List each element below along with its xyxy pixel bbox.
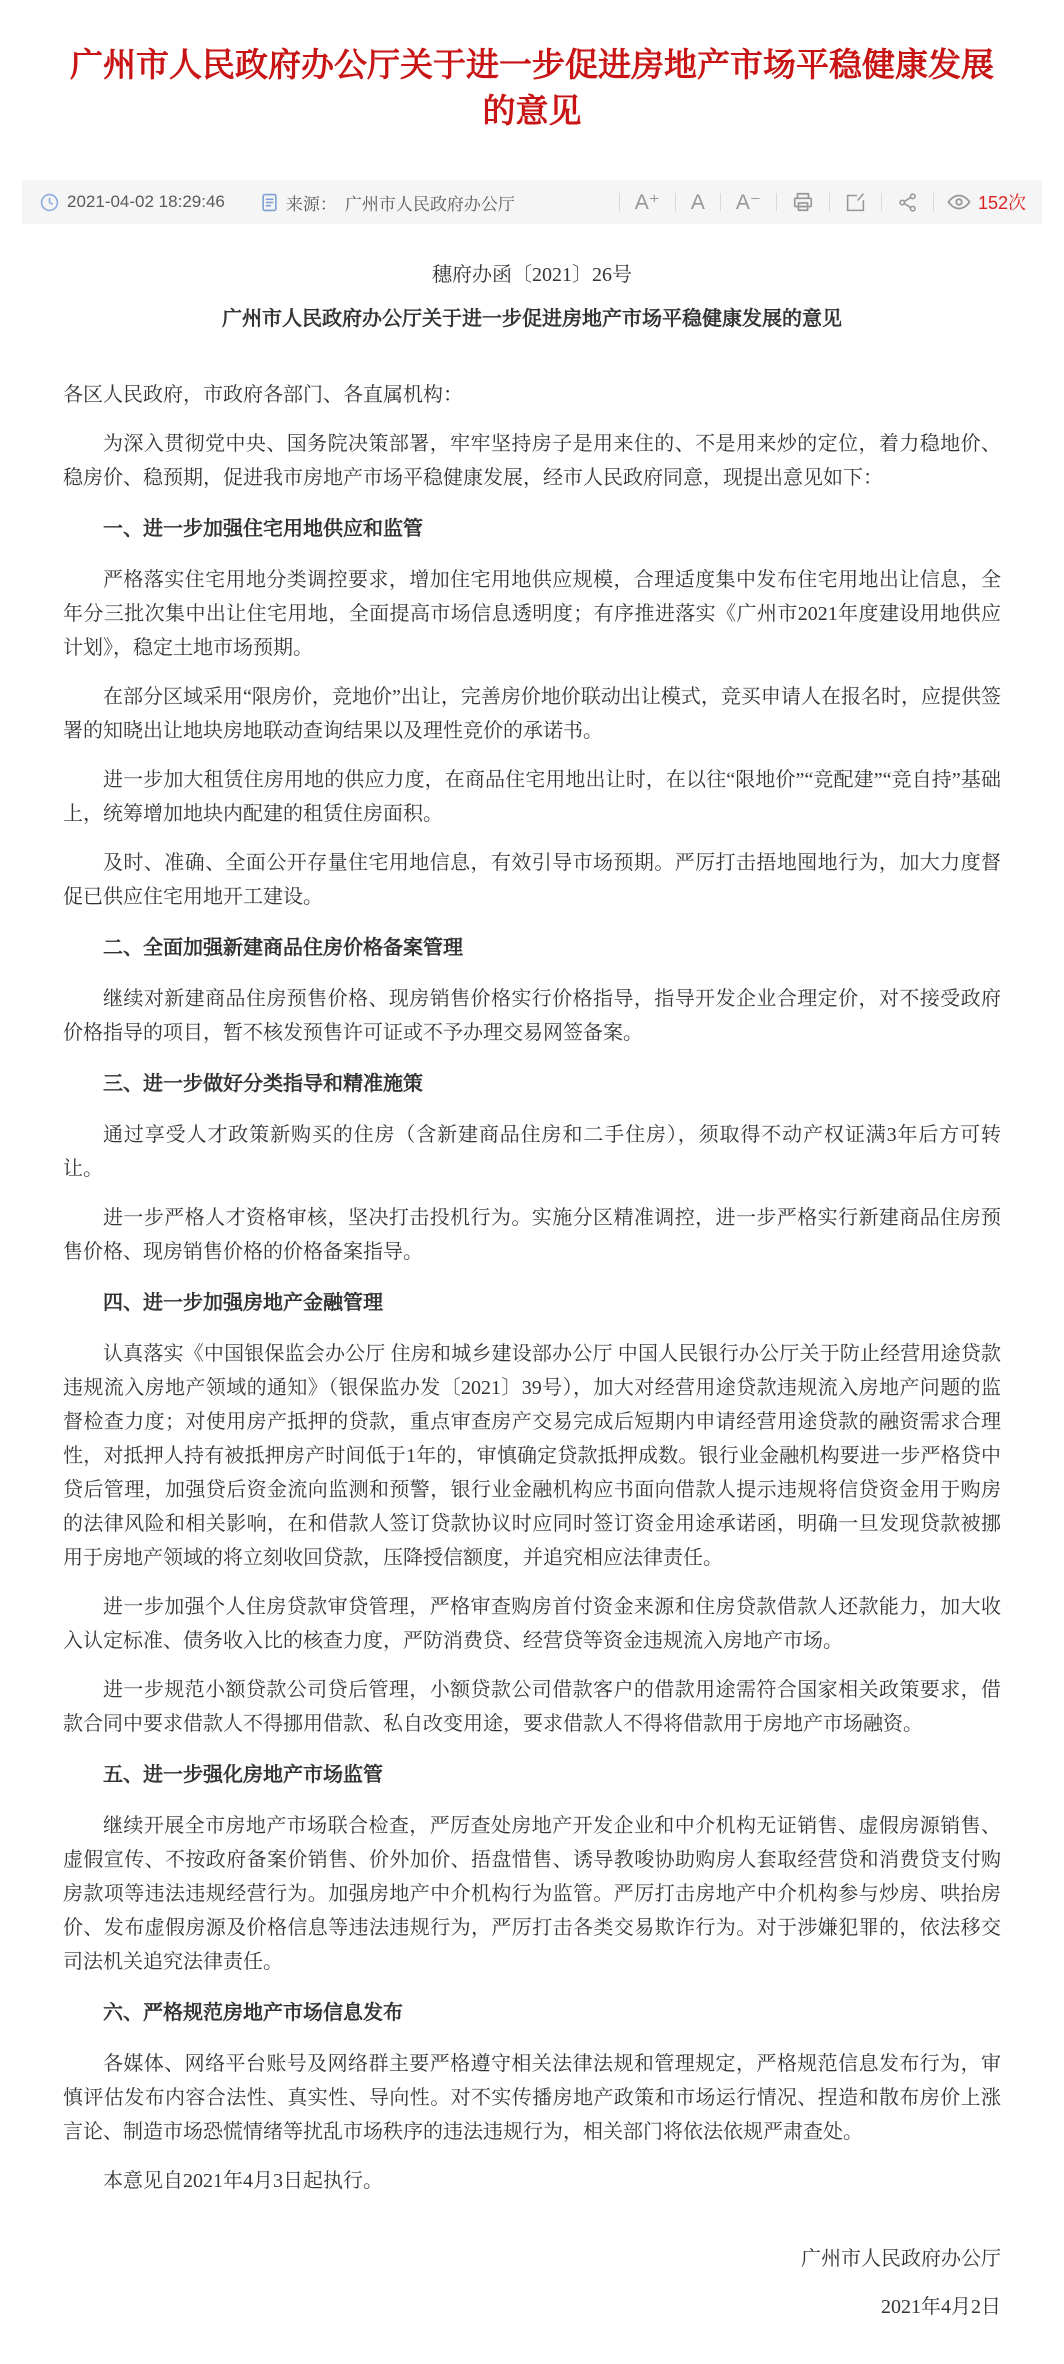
share-icon	[897, 192, 918, 213]
article-paragraph: 各媒体、网络平台账号及网络群主要严格遵守相关法律法规和管理规定，严格规范信息发布…	[63, 2047, 1001, 2149]
section-heading: 五、进一步强化房地产市场监管	[63, 1758, 1001, 1792]
divider	[675, 193, 676, 211]
meta-toolbar: A⁺ A A⁻	[606, 189, 1026, 215]
article-paragraph: 继续开展全市房地产市场联合检查，严厉查处房地产开发企业和中介机构无证销售、虚假房…	[63, 1809, 1001, 1979]
section-heading: 二、全面加强新建商品住房价格备案管理	[63, 931, 1001, 965]
article-paragraph: 进一步加强个人住房贷款审贷管理，严格审查购房首付资金来源和住房贷款借款人还款能力…	[63, 1590, 1001, 1658]
meta-bar: 2021-04-02 18:29:46 来源： 广州市人民政府办公厅 A⁺ A …	[22, 180, 1042, 224]
article-paragraph: 严格落实住宅用地分类调控要求，增加住宅用地供应规模，合理适度集中发布住宅用地出让…	[63, 563, 1001, 665]
font-smaller-button[interactable]: A⁻	[734, 192, 763, 213]
font-larger-button[interactable]: A⁺	[633, 192, 662, 213]
document-icon	[261, 193, 278, 212]
source-label: 来源：	[286, 190, 337, 215]
section-heading: 四、进一步加强房地产金融管理	[63, 1286, 1001, 1320]
article-paragraph: 本意见自2021年4月3日起执行。	[63, 2164, 1001, 2198]
article-page: 广州市人民政府办公厅关于进一步促进房地产市场平稳健康发展的意见 2021-04-…	[0, 0, 1064, 2364]
article-paragraph: 为深入贯彻党中央、国务院决策部署，牢牢坚持房子是用来住的、不是用来炒的定位，着力…	[63, 427, 1001, 495]
view-counter: 152次	[947, 189, 1026, 215]
doc-title: 广州市人民政府办公厅关于进一步促进房地产市场平稳健康发展的意见	[63, 302, 1001, 336]
views-count: 152次	[978, 189, 1026, 215]
doc-number: 穗府办函〔2021〕26号	[63, 258, 1001, 292]
article: 穗府办函〔2021〕26号 广州市人民政府办公厅关于进一步促进房地产市场平稳健康…	[63, 258, 1001, 2364]
meta-left: 2021-04-02 18:29:46 来源： 广州市人民政府办公厅	[40, 190, 515, 215]
clock-icon	[40, 193, 59, 212]
publish-time-text: 2021-04-02 18:29:46	[67, 192, 225, 212]
signature-org: 广州市人民政府办公厅	[63, 2242, 1001, 2276]
signature-date: 2021年4月2日	[63, 2290, 1001, 2364]
print-button[interactable]	[790, 191, 816, 213]
source-value: 广州市人民政府办公厅	[345, 190, 515, 215]
divider	[933, 193, 934, 211]
article-paragraph: 及时、准确、全面公开存量住宅用地信息，有效引导市场预期。严厉打击捂地囤地行为，加…	[63, 846, 1001, 914]
article-paragraph: 继续对新建商品住房预售价格、现房销售价格实行价格指导，指导开发企业合理定价，对不…	[63, 982, 1001, 1050]
divider	[881, 193, 882, 211]
article-paragraph: 认真落实《中国银保监会办公厅 住房和城乡建设部办公厅 中国人民银行办公厅关于防止…	[63, 1337, 1001, 1575]
divider	[829, 193, 830, 211]
section-heading: 六、严格规范房地产市场信息发布	[63, 1996, 1001, 2030]
divider	[720, 193, 721, 211]
divider	[619, 193, 620, 211]
printer-icon	[792, 191, 814, 213]
article-paragraph: 通过享受人才政策新购买的住房（含新建商品住房和二手住房），须取得不动产权证满3年…	[63, 1118, 1001, 1186]
section-heading: 三、进一步做好分类指导和精准施策	[63, 1067, 1001, 1101]
article-paragraph: 在部分区域采用“限房价，竞地价”出让，完善房价地价联动出让模式，竞买申请人在报名…	[63, 680, 1001, 748]
section-heading: 一、进一步加强住宅用地供应和监管	[63, 512, 1001, 546]
share-button[interactable]	[895, 192, 920, 213]
signature: 广州市人民政府办公厅 2021年4月2日	[63, 2242, 1001, 2364]
export-icon	[845, 192, 866, 213]
export-button[interactable]	[843, 192, 868, 213]
publish-time: 2021-04-02 18:29:46	[40, 192, 225, 212]
article-paragraph: 进一步加大租赁住房用地的供应力度，在商品住宅用地出让时，在以往“限地价”“竞配建…	[63, 763, 1001, 831]
divider	[776, 193, 777, 211]
eye-icon	[947, 190, 971, 214]
article-body: 各区人民政府，市政府各部门、各直属机构：为深入贯彻党中央、国务院决策部署，牢牢坚…	[63, 378, 1001, 2198]
font-default-button[interactable]: A	[689, 192, 707, 213]
article-paragraph: 进一步规范小额贷款公司贷后管理，小额贷款公司借款客户的借款用途需符合国家相关政策…	[63, 1673, 1001, 1741]
page-title: 广州市人民政府办公厅关于进一步促进房地产市场平稳健康发展的意见	[70, 0, 994, 134]
source: 来源： 广州市人民政府办公厅	[261, 190, 515, 215]
article-paragraph: 进一步严格人才资格审核，坚决打击投机行为。实施分区精准调控，进一步严格实行新建商…	[63, 1201, 1001, 1269]
article-paragraph: 各区人民政府，市政府各部门、各直属机构：	[63, 378, 1001, 412]
